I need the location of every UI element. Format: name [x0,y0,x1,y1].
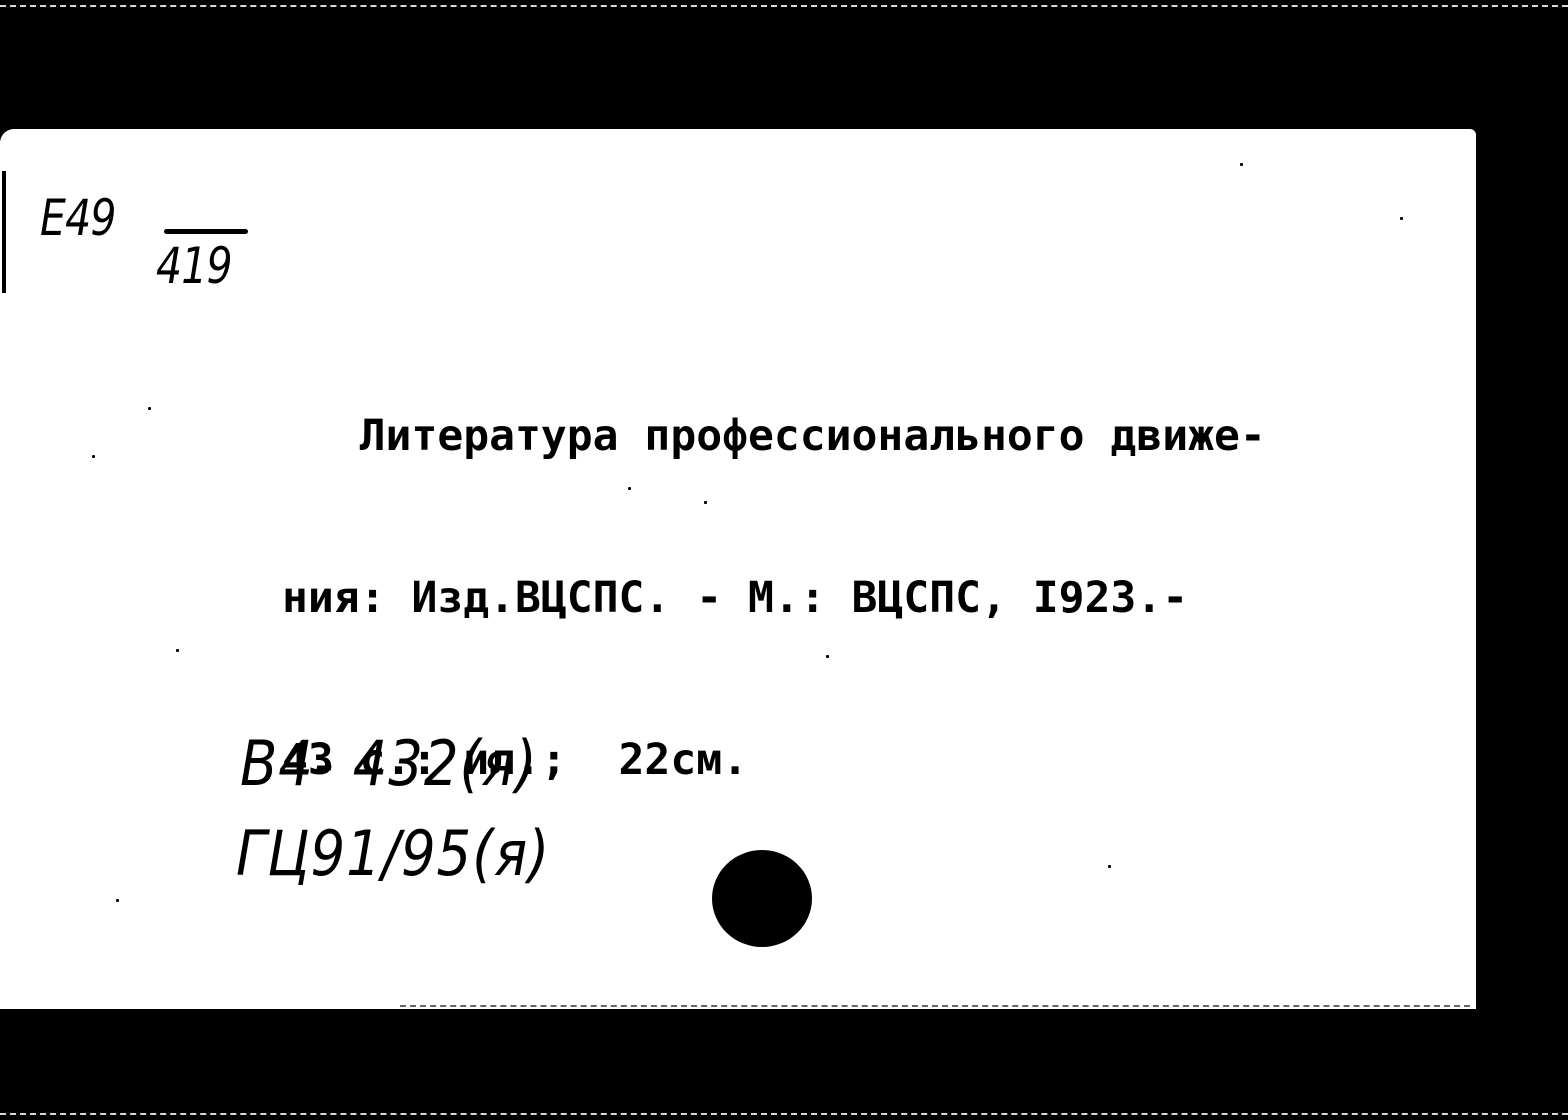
speck [1400,217,1403,220]
handwritten-note: В4- 432(я) [240,733,538,795]
speck [116,899,119,902]
punch-hole [712,850,812,947]
bibliographic-entry: Литература профессионального движе- ния:… [282,301,1266,895]
shelfmark-main: Е49 [40,193,116,243]
speck [628,487,631,490]
speck [148,407,151,410]
catalog-card: Е49 419 Литература профессионального дви… [0,129,1476,1009]
speck [1108,865,1111,868]
card-left-rule [2,171,6,293]
scan-border-top [0,5,1568,7]
speck [176,649,179,652]
card-bottom-edge-noise [400,1005,1470,1007]
entry-line: ния: Изд.ВЦСПС. - М.: ВЦСПС, I923.- [282,571,1266,625]
shelfmark-fraction-bar [164,229,248,234]
speck [826,655,829,658]
shelfmark-sub: 419 [156,241,232,291]
speck [92,455,95,458]
entry-line: Литература профессионального движе- [282,409,1266,463]
handwritten-note: ГЦ91/95(я) [236,823,550,885]
speck [704,501,707,504]
scan-border-bottom [0,1113,1568,1115]
speck [1240,163,1243,166]
